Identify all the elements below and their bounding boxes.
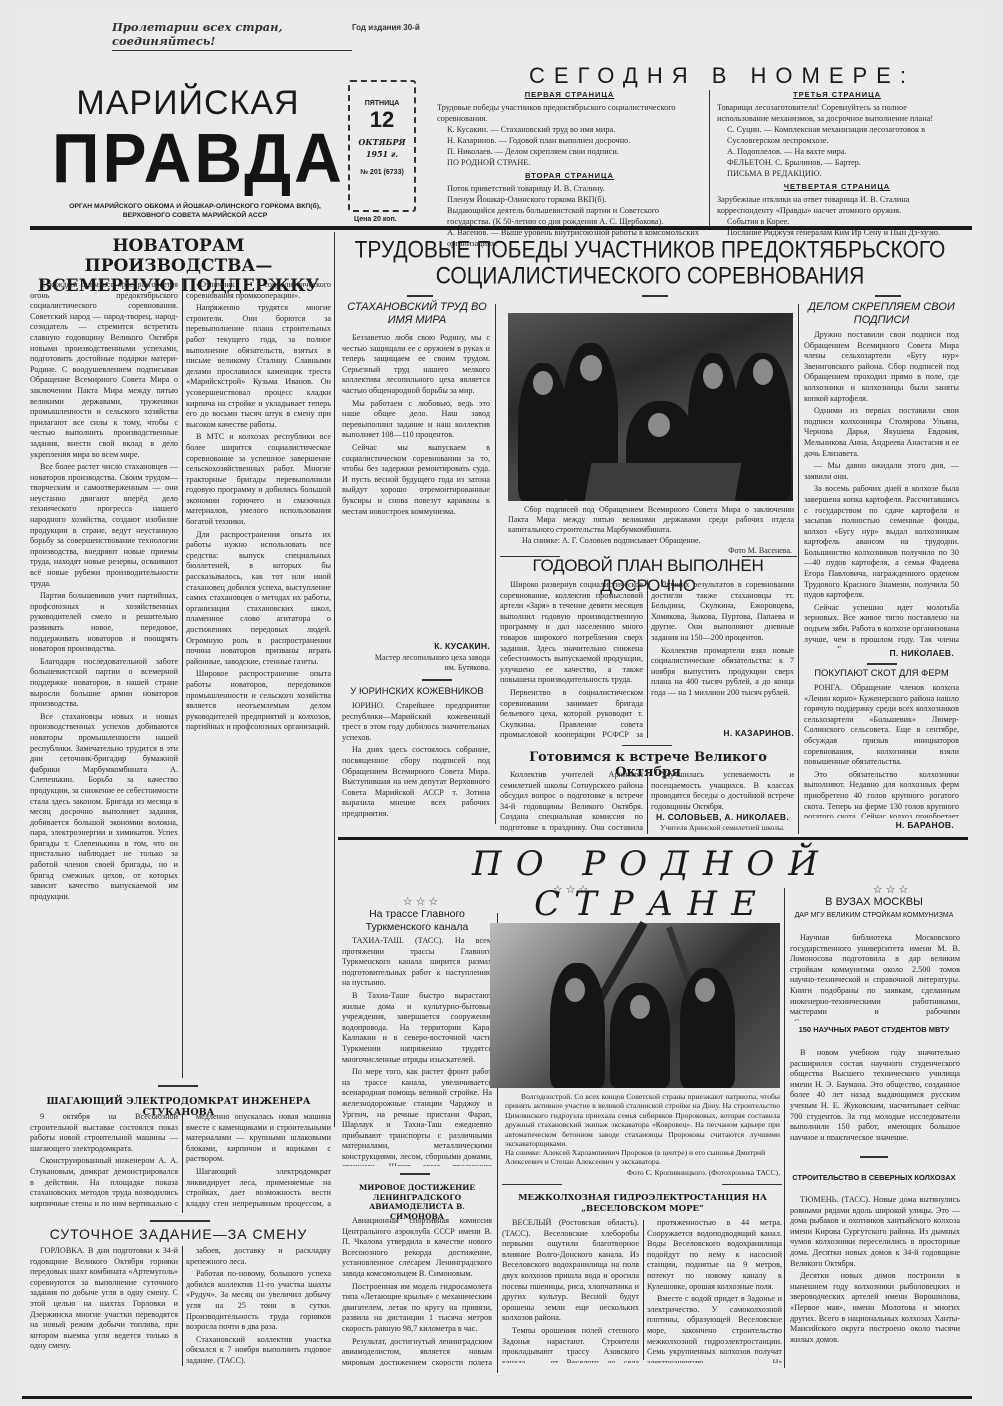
kozhevniki-headline: У ЮРИНСКИХ КОЖЕВНИКОВ	[342, 686, 492, 697]
toc-item[interactable]: С. Суцин. — Комплексная механизация лесо…	[717, 124, 957, 146]
gidro-col1: ВЕСЕЛЫЙ (Ростовская область). (ТАСС). Ве…	[502, 1218, 639, 1363]
slogan: Пролетарии всех стран, соединяйтесь!	[112, 20, 352, 51]
title-line1: МАРИЙСКАЯ	[54, 86, 322, 120]
toc-item[interactable]: Зарубежные отклики на ответ товарища И. …	[717, 194, 957, 216]
toc-item[interactable]: ПО РОДНОЙ СТРАНЕ.	[437, 157, 702, 168]
gidro-headline: МЕЖКОЛХОЗНАЯ ГИДРОЭЛЕКТРОСТАНЦИЯ НА „ВЕС…	[500, 1193, 785, 1215]
year: 1951 г.	[350, 149, 414, 159]
sever-headline: СТРОИТЕЛЬСТВО В СЕВЕРНЫХ КОЛХОЗАХ	[788, 1173, 960, 1183]
vuzy-sub2: 150 НАУЧНЫХ РАБОТ СТУДЕНТОВ МВТУ	[788, 1025, 960, 1035]
year-of-publication: Год издания 30-й	[352, 23, 420, 32]
photo1-caption: Сбор подписей под Обращением Всемирного …	[508, 505, 794, 535]
toc-item[interactable]: Поток приветствий товарищу И. В. Сталину…	[437, 183, 702, 194]
stars-decoration: ☆☆☆	[392, 895, 452, 908]
turkmen-text: ТАХИА-ТАШ. (ТАСС). На всем протяжении тр…	[342, 936, 492, 1166]
day: 12	[350, 107, 414, 133]
month: ОКТЯБРЯ	[350, 137, 414, 147]
toc-item[interactable]: Товарищи лесозаготовители! Соревнуйтесь …	[717, 102, 957, 124]
yearly-plan-col2: Лучших результатов в соревновании достиг…	[651, 580, 794, 728]
title-line2: ПРАВДА	[52, 120, 324, 196]
weekday: ПЯТНИЦА	[350, 100, 414, 107]
contents-page1-label: ПЕРВАЯ СТРАНИЦА	[437, 90, 702, 99]
toc-item[interactable]: Н. Казаринов. — Годовой план выполнен до…	[437, 135, 702, 146]
toc-item[interactable]: Трудовые победы участников предоктябрьск…	[437, 102, 702, 124]
aviamodel-text: Авиационная спортивная комиссия Централь…	[342, 1216, 492, 1366]
smena-headline: СУТОЧНОЕ ЗАДАНИЕ—ЗА СМЕНУ	[26, 1226, 331, 1242]
delo-signature: П. НИКОЛАЕВ.	[804, 648, 954, 658]
oktyabr-signature: Н. СОЛОВЬЕВ, А. НИКОЛАЕВ.	[651, 812, 794, 822]
contents-title: СЕГОДНЯ В НОМЕРЕ:	[492, 63, 952, 89]
photo1-credit: Фото М. Васенева.	[712, 546, 792, 556]
main-headline: ТРУДОВЫЕ ПОБЕДЫ УЧАСТНИКОВ ПРЕДОКТЯБРЬСК…	[340, 237, 960, 290]
gidro-col2: протяженностью в 44 метра. Сооружается в…	[647, 1218, 782, 1363]
stakhanov-signature-role: Мастер лесопильного цеха завода им. Бутя…	[372, 653, 490, 673]
contents-page3-label: ТРЕТЬЯ СТРАНИЦА	[717, 90, 957, 99]
toc-item[interactable]: А. Подоплелов. — На вахте мира.	[717, 146, 957, 157]
vuzy-headline: В ВУЗАХ МОСКВЫ	[788, 896, 960, 908]
newspaper-page: Пролетарии всех стран, соединяйтесь! Год…	[22, 8, 982, 1400]
contents-page2-label: ВТОРАЯ СТРАНИЦА	[437, 171, 702, 180]
oktyabr-col2: Улучшилась успеваемость и посещаемость у…	[651, 770, 794, 812]
vuzy-text2: В новом учебном году значительно расшири…	[790, 1048, 960, 1140]
oktyabr-col1: Коллектив учителей Аринской семилетней ш…	[500, 770, 643, 834]
smena-col1: ГОРЛОВКА. В дни подготовки к 34-й годовщ…	[30, 1246, 178, 1366]
skot-headline: ПОКУПАЮТ СКОТ ДЛЯ ФЕРМ	[804, 668, 959, 679]
delo-headline: ДЕЛОМ СКРЕПЛЯЕМ СВОИ ПОДПИСИ	[804, 301, 959, 327]
delo-text: Дружно поставили свои подписи под Обраще…	[804, 330, 959, 648]
organ-line: ОРГАН МАРИЙСКОГО ОБКОМА И ЙОШКАР-ОЛИНСКО…	[50, 202, 340, 220]
smena-col2: забоев, доставку и раскладку крепежного …	[186, 1246, 331, 1366]
photo2-caption: Волгодонстрой. Со всех концов Советской …	[505, 1092, 780, 1148]
toc-item[interactable]: ПИСЬМА В РЕДАКЦИЮ.	[717, 168, 957, 179]
stakhanov-headline: СТАХАНОВСКИЙ ТРУД ВО ИМЯ МИРА	[342, 301, 492, 327]
photo2-caption2: На снимке: Алексей Харлампиевич Пророков…	[505, 1148, 780, 1167]
oktyabr-signature-role: Учителя Аринской семилетней школы.	[651, 823, 794, 833]
photo-peace-signing	[508, 313, 793, 501]
photo2-credit: Фото С. Кропивницкого. (Фотохроника ТАСС…	[582, 1168, 780, 1178]
domkrat-col1: 9 октября на Всесоюзной строительной выс…	[30, 1112, 178, 1212]
toc-item[interactable]: К. Кусакин. — Стахановский труд во имя м…	[437, 124, 702, 135]
editorial-col2: «Отличник социалистического соревнования…	[186, 280, 331, 1080]
toc-item[interactable]: ФЕЛЬЕТОН. С. Брылинов. — Бартер.	[717, 157, 957, 168]
issue-number: № 201 (6733)	[350, 169, 414, 176]
vuzy-sub1: ДАР МГУ ВЕЛИКИМ СТРОЙКАМ КОММУНИЗМА	[788, 911, 960, 920]
kozhevniki-text: ЮРИНО. Старейшее предприятие республики—…	[342, 701, 490, 823]
turkmen-headline: На трассе Главного Туркменского канала	[342, 908, 492, 934]
domkrat-col2: медленно опускалась новая машина вместе …	[186, 1112, 331, 1212]
price: Цена 20 коп.	[354, 216, 397, 223]
stakhanov-signature: К. КУСАКИН.	[342, 641, 490, 651]
yearly-plan-col1: Широко развернув социалистическое соревн…	[500, 580, 643, 740]
photo-excavator	[490, 923, 780, 1088]
contents-page4-label: ЧЕТВЕРТАЯ СТРАНИЦА	[717, 182, 957, 191]
skot-text: РОНГА. Обращение членов колхоза «Ленин к…	[804, 683, 959, 818]
toc-item[interactable]: Выдающийся деятель большевистской партии…	[437, 205, 702, 227]
date-box: ПЯТНИЦА 12 ОКТЯБРЯ 1951 г. № 201 (6733)	[348, 80, 416, 212]
stars-decoration: ☆☆☆	[862, 883, 922, 896]
photo1-caption2: На снимке: А. Г. Соловьев подписывает Об…	[522, 536, 792, 546]
contents-page3: ТРЕТЬЯ СТРАНИЦА Товарищи лесозаготовител…	[717, 90, 957, 238]
toc-item[interactable]: П. Николаев. — Делом скрепляем свои подп…	[437, 146, 702, 157]
yearly-plan-signature: Н. КАЗАРИНОВ.	[651, 728, 794, 738]
stakhanov-text: Беззаветно любя свою Родину, мы с честью…	[342, 333, 490, 633]
skot-signature: Н. БАРАНОВ.	[804, 820, 954, 830]
stars-decoration: ☆☆☆	[542, 883, 602, 896]
vuzy-text1: Научная библиотека Московского государст…	[790, 933, 960, 1021]
editorial-col1: С каждым днем все ярче разгорается огонь…	[30, 280, 178, 1080]
toc-item[interactable]: Пленум Йошкар-Олинского горкома ВКП(б).	[437, 194, 702, 205]
sever-text: ТЮМЕНЬ. (ТАСС). Новые дома вытянулись ро…	[790, 1195, 960, 1365]
